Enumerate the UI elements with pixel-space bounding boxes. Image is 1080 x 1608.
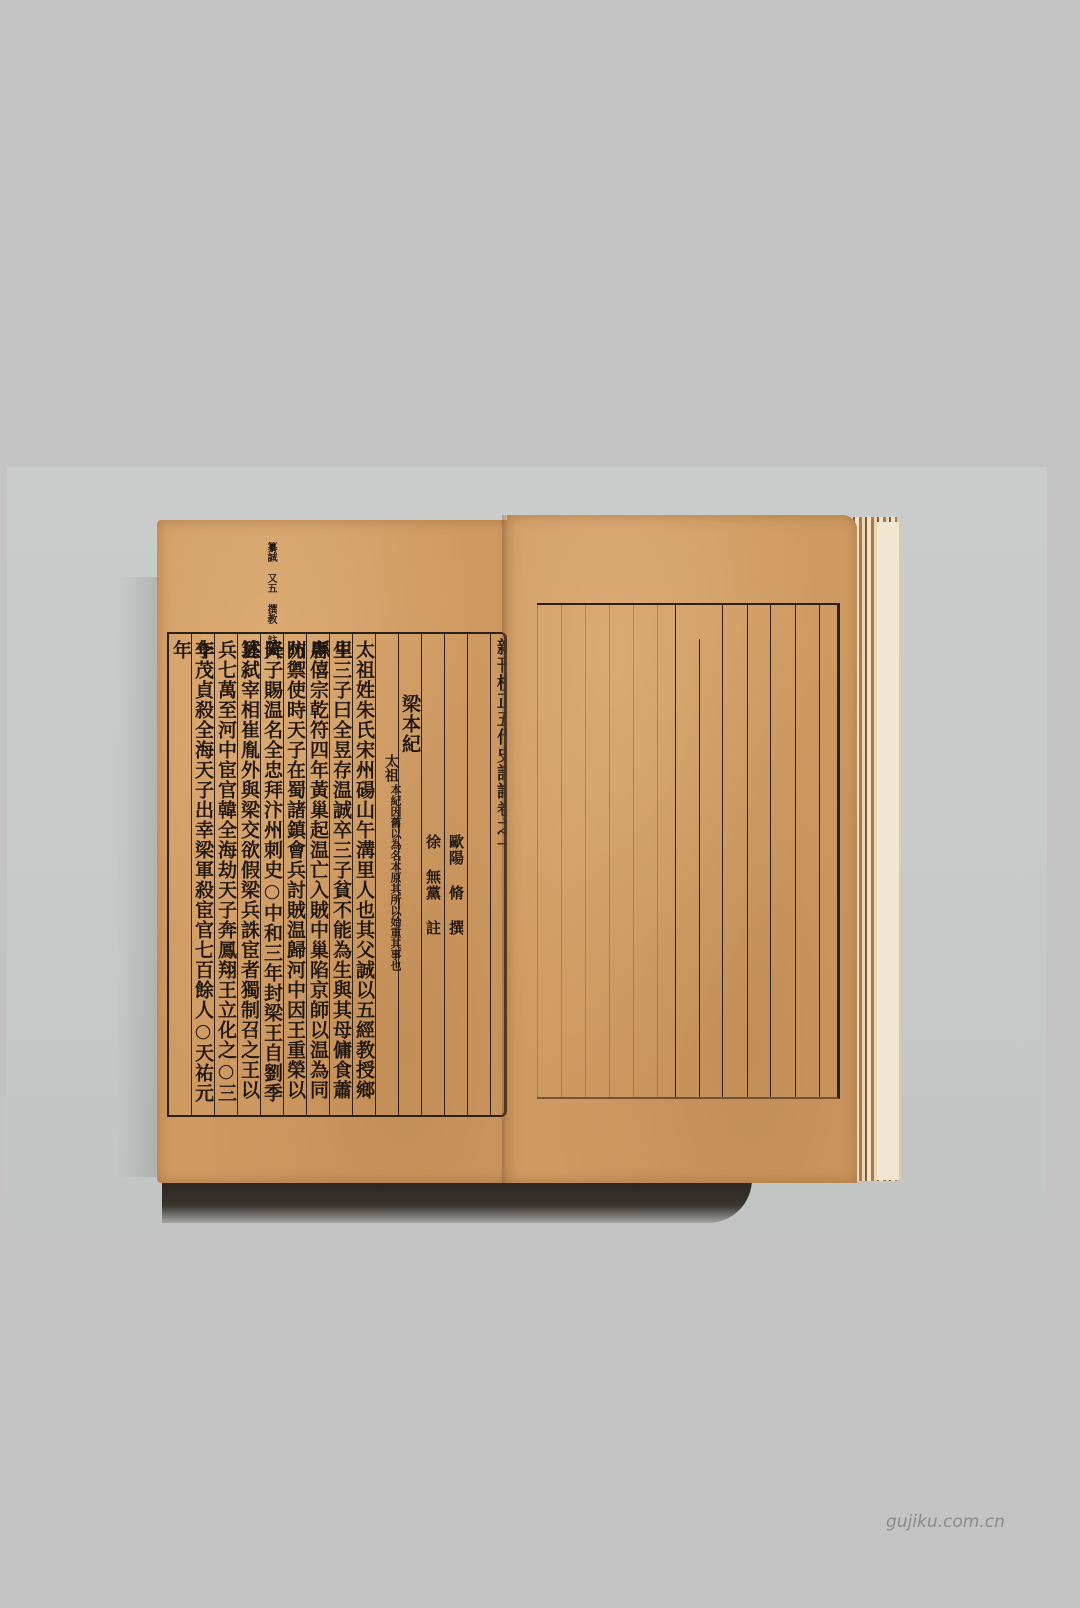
left-page-printed-frame: 太祖姓朱氏宋州碭山午溝里人也其父誠以五經教授鄉里 生三子曰全昱存温誠卒三子貧不能… <box>167 632 507 1117</box>
main-text-column-1: 太祖姓朱氏宋州碭山午溝里人也其父誠以五經教授鄉里 <box>353 640 375 1115</box>
main-text-column-5: 天子賜温名全忠拜汴州刺史○中和三年封梁王自劉季述 <box>261 640 283 1115</box>
author-column: 歐陽 脩 撰 <box>445 834 467 936</box>
column-rule <box>795 605 796 1097</box>
book-photograph: 纂誠 又五 撰教 註授 太祖姓朱氏宋州碭山午溝里人也其父誠以五經教授鄉里 生三子… <box>7 467 1047 1223</box>
column-rule <box>819 605 820 1097</box>
interlinear-commentary: 本紀因舊以為名本原其所以始重其事也 <box>379 784 401 1114</box>
main-text-column-2: 生三子曰全昱存温誠卒三子貧不能為生與其母傭食蕭縣 <box>330 640 352 1115</box>
right-page-printed-frame <box>537 603 840 1099</box>
left-page: 纂誠 又五 撰教 註授 太祖姓朱氏宋州碭山午溝里人也其父誠以五經教授鄉里 生三子… <box>157 520 512 1183</box>
column-rule <box>722 605 723 1097</box>
column-rule <box>375 634 376 1115</box>
column-rule <box>675 605 676 1097</box>
column-rule-faint <box>657 605 658 1097</box>
column-rule <box>770 605 771 1097</box>
main-text-column-4: 防禦使時天子在蜀諸鎮會兵討賊温歸河中因王重榮以降 <box>284 640 306 1115</box>
column-rule-faint <box>609 605 610 1097</box>
main-text-column-7: 兵七萬至河中宦官韓全海劫天子奔鳳翔王立化之○三年 <box>215 640 237 1115</box>
chapter-subtitle: 太祖 <box>376 754 398 782</box>
column-rule-faint <box>537 605 538 1097</box>
column-rule <box>699 639 700 1097</box>
book-shadow-bottom <box>162 1179 752 1223</box>
chapter-title: 梁本紀 <box>399 694 421 754</box>
right-page <box>507 515 857 1183</box>
book-fore-edge <box>877 522 901 1180</box>
main-text-column-3: 唐僖宗乾符四年黃巢起温亡入賊中巢陷京師以温為同州 <box>307 640 329 1115</box>
column-rule <box>747 605 748 1097</box>
main-text-column-6: 篡弑宰相崔胤外與梁交欲假梁兵誅宦者獨制召之王以 <box>238 640 260 1100</box>
column-rule <box>467 634 468 1115</box>
column-rule-faint <box>633 605 634 1097</box>
watermark-text: gujiku.com.cn <box>886 1512 1005 1532</box>
annotator-column: 徐 無黨 註 <box>422 834 444 936</box>
column-rule-faint <box>561 605 562 1097</box>
main-text-column-8: 李茂貞殺全海天子出幸梁軍殺宦官七百餘人○天祐元年 <box>192 640 214 1115</box>
column-rule-faint <box>585 605 586 1097</box>
